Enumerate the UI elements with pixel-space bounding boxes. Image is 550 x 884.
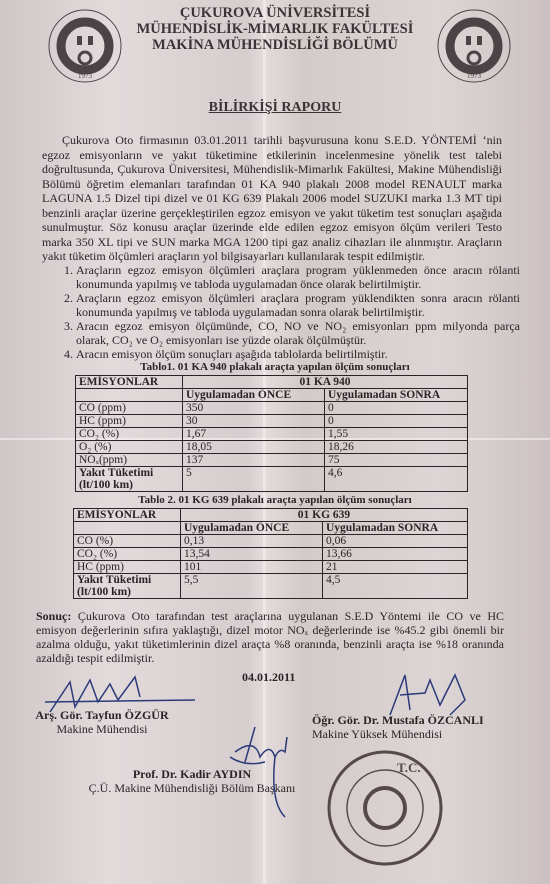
table-header: 01 KG 639	[181, 509, 468, 522]
intro-paragraph: Çukurova Oto firmasının 03.01.2011 tarih…	[42, 133, 502, 264]
table-cell: 0,13	[181, 535, 323, 548]
table-cell: 1,67	[183, 428, 325, 441]
signatory-role: Makine Mühendisi	[32, 722, 172, 736]
table-header: 01 KA 940	[183, 376, 468, 389]
table-header: EMİSYONLAR	[76, 376, 183, 389]
table-row: CO₂ (%)1,671,55	[76, 428, 468, 441]
conclusion-text: Çukurova Oto tarafından test araçlarına …	[36, 609, 504, 665]
signatory-2: Öğr. Gör. Dr. Mustafa ÖZCANLI Makine Yük…	[312, 713, 492, 741]
signatory-name: Arş. Gör. Tayfun ÖZGÜR	[32, 708, 172, 722]
table-cell: CO (ppm)	[76, 402, 183, 415]
university-logo-icon: 1973	[47, 8, 123, 84]
table-cell: 101	[181, 561, 323, 574]
table-header: Uygulamadan SONRA	[323, 522, 468, 535]
table-cell: Yakıt Tüketimi (lt/100 km)	[74, 574, 181, 599]
table-row: CO₂ (%)13,5413,66	[74, 548, 468, 561]
table-cell: 13,66	[323, 548, 468, 561]
table-cell: 21	[323, 561, 468, 574]
table-row: CO (%)0,130,06	[74, 535, 468, 548]
table2-caption: Tablo 2. 01 KG 639 plakalı araçta yapıla…	[0, 494, 550, 506]
table-row: Yakıt Tüketimi (lt/100 km)54,6	[76, 467, 468, 492]
list-item: Araçların egzoz emisyon ölçümleri araçla…	[76, 264, 520, 291]
signatory-role: Ç.Ü. Makine Mühendisliği Bölüm Başkanı	[72, 781, 312, 795]
table-cell: 5	[183, 467, 325, 492]
signatory-role: Makine Yüksek Mühendisi	[312, 727, 492, 741]
table-cell: 0,06	[323, 535, 468, 548]
table-row: HC (ppm)10121	[74, 561, 468, 574]
table-cell: CO₂ (%)	[76, 428, 183, 441]
table-cell: CO (%)	[74, 535, 181, 548]
conclusion-paragraph: Sonuç: Çukurova Oto tarafından test araç…	[36, 609, 504, 665]
table-row: Yakıt Tüketimi (lt/100 km)5,54,5	[74, 574, 468, 599]
table-row: CO (ppm)3500	[76, 402, 468, 415]
table-row: O₂ (%)18,0518,26	[76, 441, 468, 454]
table-cell: 30	[183, 415, 325, 428]
table-cell: 18,05	[183, 441, 325, 454]
university-logo-icon: 1973	[436, 8, 512, 84]
table-header: Uygulamadan ÖNCE	[183, 389, 325, 402]
table-cell: 4,6	[325, 467, 468, 492]
table-cell: 350	[183, 402, 325, 415]
table-cell: 0	[325, 402, 468, 415]
table-cell: NOₓ(ppm)	[76, 454, 183, 467]
numbered-list: Araçların egzoz emisyon ölçümleri araçla…	[58, 264, 520, 363]
table-cell: 1,55	[325, 428, 468, 441]
svg-text:1973: 1973	[78, 72, 93, 80]
svg-text:T.C.: T.C.	[397, 760, 421, 775]
table-cell: 0	[325, 415, 468, 428]
list-item: Aracın emisyon ölçüm sonuçları aşağıda t…	[76, 348, 520, 362]
table-cell: 75	[325, 454, 468, 467]
faculty-name: MÜHENDİSLİK-MİMARLIK FAKÜLTESİ	[130, 21, 420, 37]
signatory-name: Öğr. Gör. Dr. Mustafa ÖZCANLI	[312, 713, 492, 727]
signatory-name: Prof. Dr. Kadir AYDIN	[72, 767, 312, 781]
report-date: 04.01.2011	[242, 670, 295, 685]
table1-caption: Tablo1. 01 KA 940 plakalı araçta yapılan…	[0, 361, 550, 373]
table-header: EMİSYONLAR	[74, 509, 181, 522]
table-cell: 13,54	[181, 548, 323, 561]
table2: EMİSYONLAR01 KG 639 Uygulamadan ÖNCEUygu…	[73, 508, 468, 599]
table-cell: 137	[183, 454, 325, 467]
conclusion-label: Sonuç:	[36, 609, 71, 623]
university-name: ÇUKUROVA ÜNİVERSİTESİ	[130, 5, 420, 21]
table1: EMİSYONLAR01 KA 940 Uygulamadan ÖNCEUygu…	[75, 375, 468, 492]
signatory-3: Prof. Dr. Kadir AYDIN Ç.Ü. Makine Mühend…	[72, 767, 312, 795]
table-cell: O₂ (%)	[76, 441, 183, 454]
signatory-1: Arş. Gör. Tayfun ÖZGÜR Makine Mühendisi	[32, 708, 172, 736]
table-cell: Yakıt Tüketimi (lt/100 km)	[76, 467, 183, 492]
table-cell: HC (ppm)	[74, 561, 181, 574]
table-cell: 4,5	[323, 574, 468, 599]
table-cell: 5,5	[181, 574, 323, 599]
list-item: Araçların egzoz emisyon ölçümleri araçla…	[76, 292, 520, 319]
table-cell: HC (ppm)	[76, 415, 183, 428]
letterhead: ÇUKUROVA ÜNİVERSİTESİ MÜHENDİSLİK-MİMARL…	[130, 5, 420, 53]
table-row: NOₓ(ppm)13775	[76, 454, 468, 467]
table-row: HC (ppm)300	[76, 415, 468, 428]
table-cell: CO₂ (%)	[74, 548, 181, 561]
table-cell: 18,26	[325, 441, 468, 454]
department-name: MAKİNA MÜHENDİSLİĞİ BÖLÜMÜ	[130, 37, 420, 53]
table-header: Uygulamadan SONRA	[325, 389, 468, 402]
document-page: 1973 1973 ÇUKUROVA ÜNİVERSİTESİ MÜHENDİS…	[0, 0, 550, 884]
official-stamp-icon: T.C.	[325, 748, 445, 868]
svg-text:1973: 1973	[467, 72, 482, 80]
list-item: Aracın egzoz emisyon ölçümünde, CO, NO v…	[76, 320, 520, 347]
table-header: Uygulamadan ÖNCE	[181, 522, 323, 535]
report-title: BİLİRKİŞİ RAPORU	[0, 100, 550, 116]
